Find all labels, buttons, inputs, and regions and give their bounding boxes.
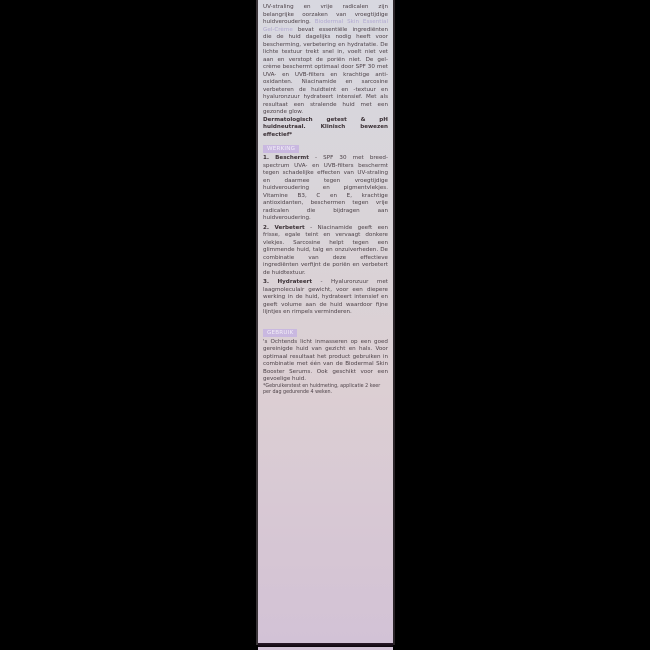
product-box-side-panel: UV-straling en vrije radicalen zijn bela… (258, 0, 393, 650)
gebruik-heading: GEBRUIK (263, 329, 297, 337)
dermatological-claim: Dermatologisch getest & pH huidneutraal.… (263, 117, 388, 140)
werking-item-1: 1. Beschermt - SPF 30 met breed-spectrum… (263, 155, 388, 223)
footnote: *Gebruikerstest en huidmeting, applicati… (263, 384, 388, 397)
werking-item-3: 3. Hydrateert - Hyaluronzuur met laagmol… (263, 279, 388, 317)
werking-item-title: Beschermt (275, 155, 309, 161)
werking-heading: WERKING (263, 145, 299, 153)
werking-item-2: 2. Verbetert - Niacinamide geeft een fri… (263, 225, 388, 278)
gebruik-text: 's Ochtends licht inmasseren op een goed… (263, 339, 388, 384)
werking-item-title: Hydrateert (277, 279, 312, 285)
intro-paragraph: UV-straling en vrije radicalen zijn bela… (263, 4, 388, 117)
box-right-edge (393, 0, 395, 645)
intro-text-continued: bevat essentiële ingrediënten die de hui… (263, 27, 388, 116)
box-bottom-edge (258, 643, 393, 647)
werking-item-title: Verbetert (274, 225, 304, 231)
